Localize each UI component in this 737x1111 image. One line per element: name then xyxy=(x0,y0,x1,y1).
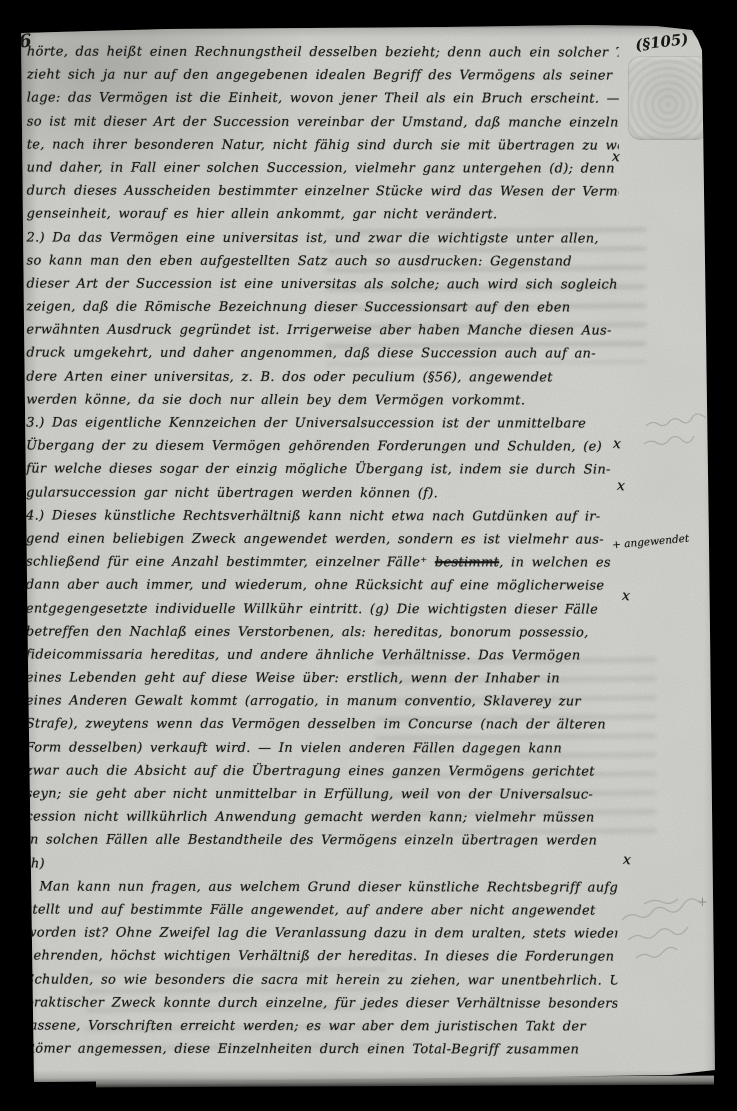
manuscript-line: betreffen den Nachlaß eines Verstorbenen… xyxy=(26,620,618,644)
manuscript-line: worden ist? Ohne Zweifel lag die Veranla… xyxy=(25,922,617,946)
manuscript-line: eines Lebenden geht auf diese Weise über… xyxy=(26,667,618,691)
manuscript-line: te, nach ihrer besonderen Natur, nicht f… xyxy=(27,133,619,157)
embossed-seal xyxy=(628,56,708,140)
margin-cross-mark: x xyxy=(622,852,631,869)
manuscript-line: so kann man den eben aufgestellten Satz … xyxy=(26,249,618,273)
manuscript-line: hörte, das heißt einen Rechnungstheil de… xyxy=(27,40,619,64)
manuscript-line: dann aber auch immer, und wiederum, ohne… xyxy=(26,574,618,598)
margin-insertion-note: + angewendet xyxy=(612,533,690,552)
manuscript-line: für welche dieses sogar der einzig mögli… xyxy=(26,458,618,482)
margin-cross-mark: x xyxy=(611,149,620,166)
manuscript-line: und daher, in Fall einer solchen Success… xyxy=(27,156,619,180)
struck-word: bestimmt xyxy=(435,555,499,570)
manuscript-line: entgegengesetzte individuelle Willkühr e… xyxy=(26,597,618,621)
manuscript-line: zwar auch die Absicht auf die Übertragun… xyxy=(26,759,618,783)
manuscript-line: lage: das Vermögen ist die Einheit, wovo… xyxy=(27,87,619,111)
manuscript-line: dere Arten einer universitas, z. B. dos … xyxy=(26,365,618,389)
manuscript-line: gularsuccession gar nicht übertragen wer… xyxy=(26,481,618,505)
manuscript-line: werden könne, da sie doch nur allein bey… xyxy=(26,388,618,412)
manuscript-line: fideicommissaria hereditas, und andere ä… xyxy=(26,643,618,667)
manuscript-line: praktischer Zweck konnte durch einzelne,… xyxy=(25,991,617,1015)
section-mark: (§105) xyxy=(634,26,722,54)
manuscript-line: Römer angemessen, diese Einzelnheiten du… xyxy=(25,1038,617,1062)
manuscript-line: schließend für eine Anzahl bestimmter, e… xyxy=(26,551,618,575)
manuscript-line: zieht sich ja nur auf den angegebenen id… xyxy=(27,64,619,88)
manuscript-line: eines Anderen Gewalt kommt (arrogatio, i… xyxy=(26,690,618,714)
manuscript-line: in solchen Fällen alle Bestandtheile des… xyxy=(25,829,617,853)
manuscript-line: erwähnten Ausdruck gegründet ist. Irrige… xyxy=(26,319,618,343)
line-segment: , in welchen es xyxy=(499,555,611,570)
margin-cross-mark: x xyxy=(612,436,621,453)
margin-cross-mark: x xyxy=(621,588,630,605)
manuscript-line: Man kann nun fragen, aus welchem Grund d… xyxy=(25,875,617,899)
manuscript-line: durch dieses Ausscheiden bestimmter einz… xyxy=(27,180,619,204)
line-segment: schließend für eine Anzahl bestimmter, e… xyxy=(26,555,435,571)
manuscript-line: 3.) Das eigentliche Kennzeichen der Univ… xyxy=(26,411,618,435)
manuscript-line: zeigen, daß die Römische Bezeichnung die… xyxy=(26,296,618,320)
manuscript-line: 2.) Da das Vermögen eine universitas ist… xyxy=(27,226,619,250)
pencil-plus-mark: + xyxy=(697,895,708,910)
manuscript-line: cession nicht willkührlich Anwendung gem… xyxy=(26,806,618,830)
manuscript-line: lassene, Vorschriften erreicht werden; e… xyxy=(25,1014,617,1038)
manuscript-line: druck umgekehrt, und daher angenommen, d… xyxy=(26,342,618,366)
pencil-scribble xyxy=(642,410,718,462)
manuscript-line: so ist mit dieser Art der Succession ver… xyxy=(27,110,619,134)
manuscript-line: Schulden, so wie besonders die sacra mit… xyxy=(25,968,617,992)
manuscript-line: 4.) Dieses künstliche Rechtsverhältniß k… xyxy=(26,504,618,528)
margin-cross-mark: x xyxy=(616,478,625,495)
manuscript-line: kehrenden, höchst wichtigen Verhältniß d… xyxy=(25,945,617,969)
manuscript-line: gend einen beliebigen Zweck angewendet w… xyxy=(26,527,618,551)
manuscript-page: 6 (§105) hörte, das heißt einen Rechnung… xyxy=(16,24,718,1084)
manuscript-line: Übergang der zu diesem Vermögen gehörend… xyxy=(26,435,618,459)
manuscript-line: Strafe), zweytens wenn das Vermögen dess… xyxy=(26,713,618,737)
manuscript-line: seyn; sie geht aber nicht unmittelbar in… xyxy=(26,782,618,806)
manuscript-text: hörte, das heißt einen Rechnungstheil de… xyxy=(25,40,619,1061)
manuscript-line: dieser Art der Succession ist eine unive… xyxy=(26,272,618,296)
manuscript-line: Form desselben) verkauft wird. — In viel… xyxy=(26,736,618,760)
manuscript-line: genseinheit, worauf es hier allein ankom… xyxy=(27,203,619,227)
manuscript-line: (h) xyxy=(25,852,617,876)
manuscript-line: stellt und auf bestimmte Fälle angewende… xyxy=(25,898,617,922)
